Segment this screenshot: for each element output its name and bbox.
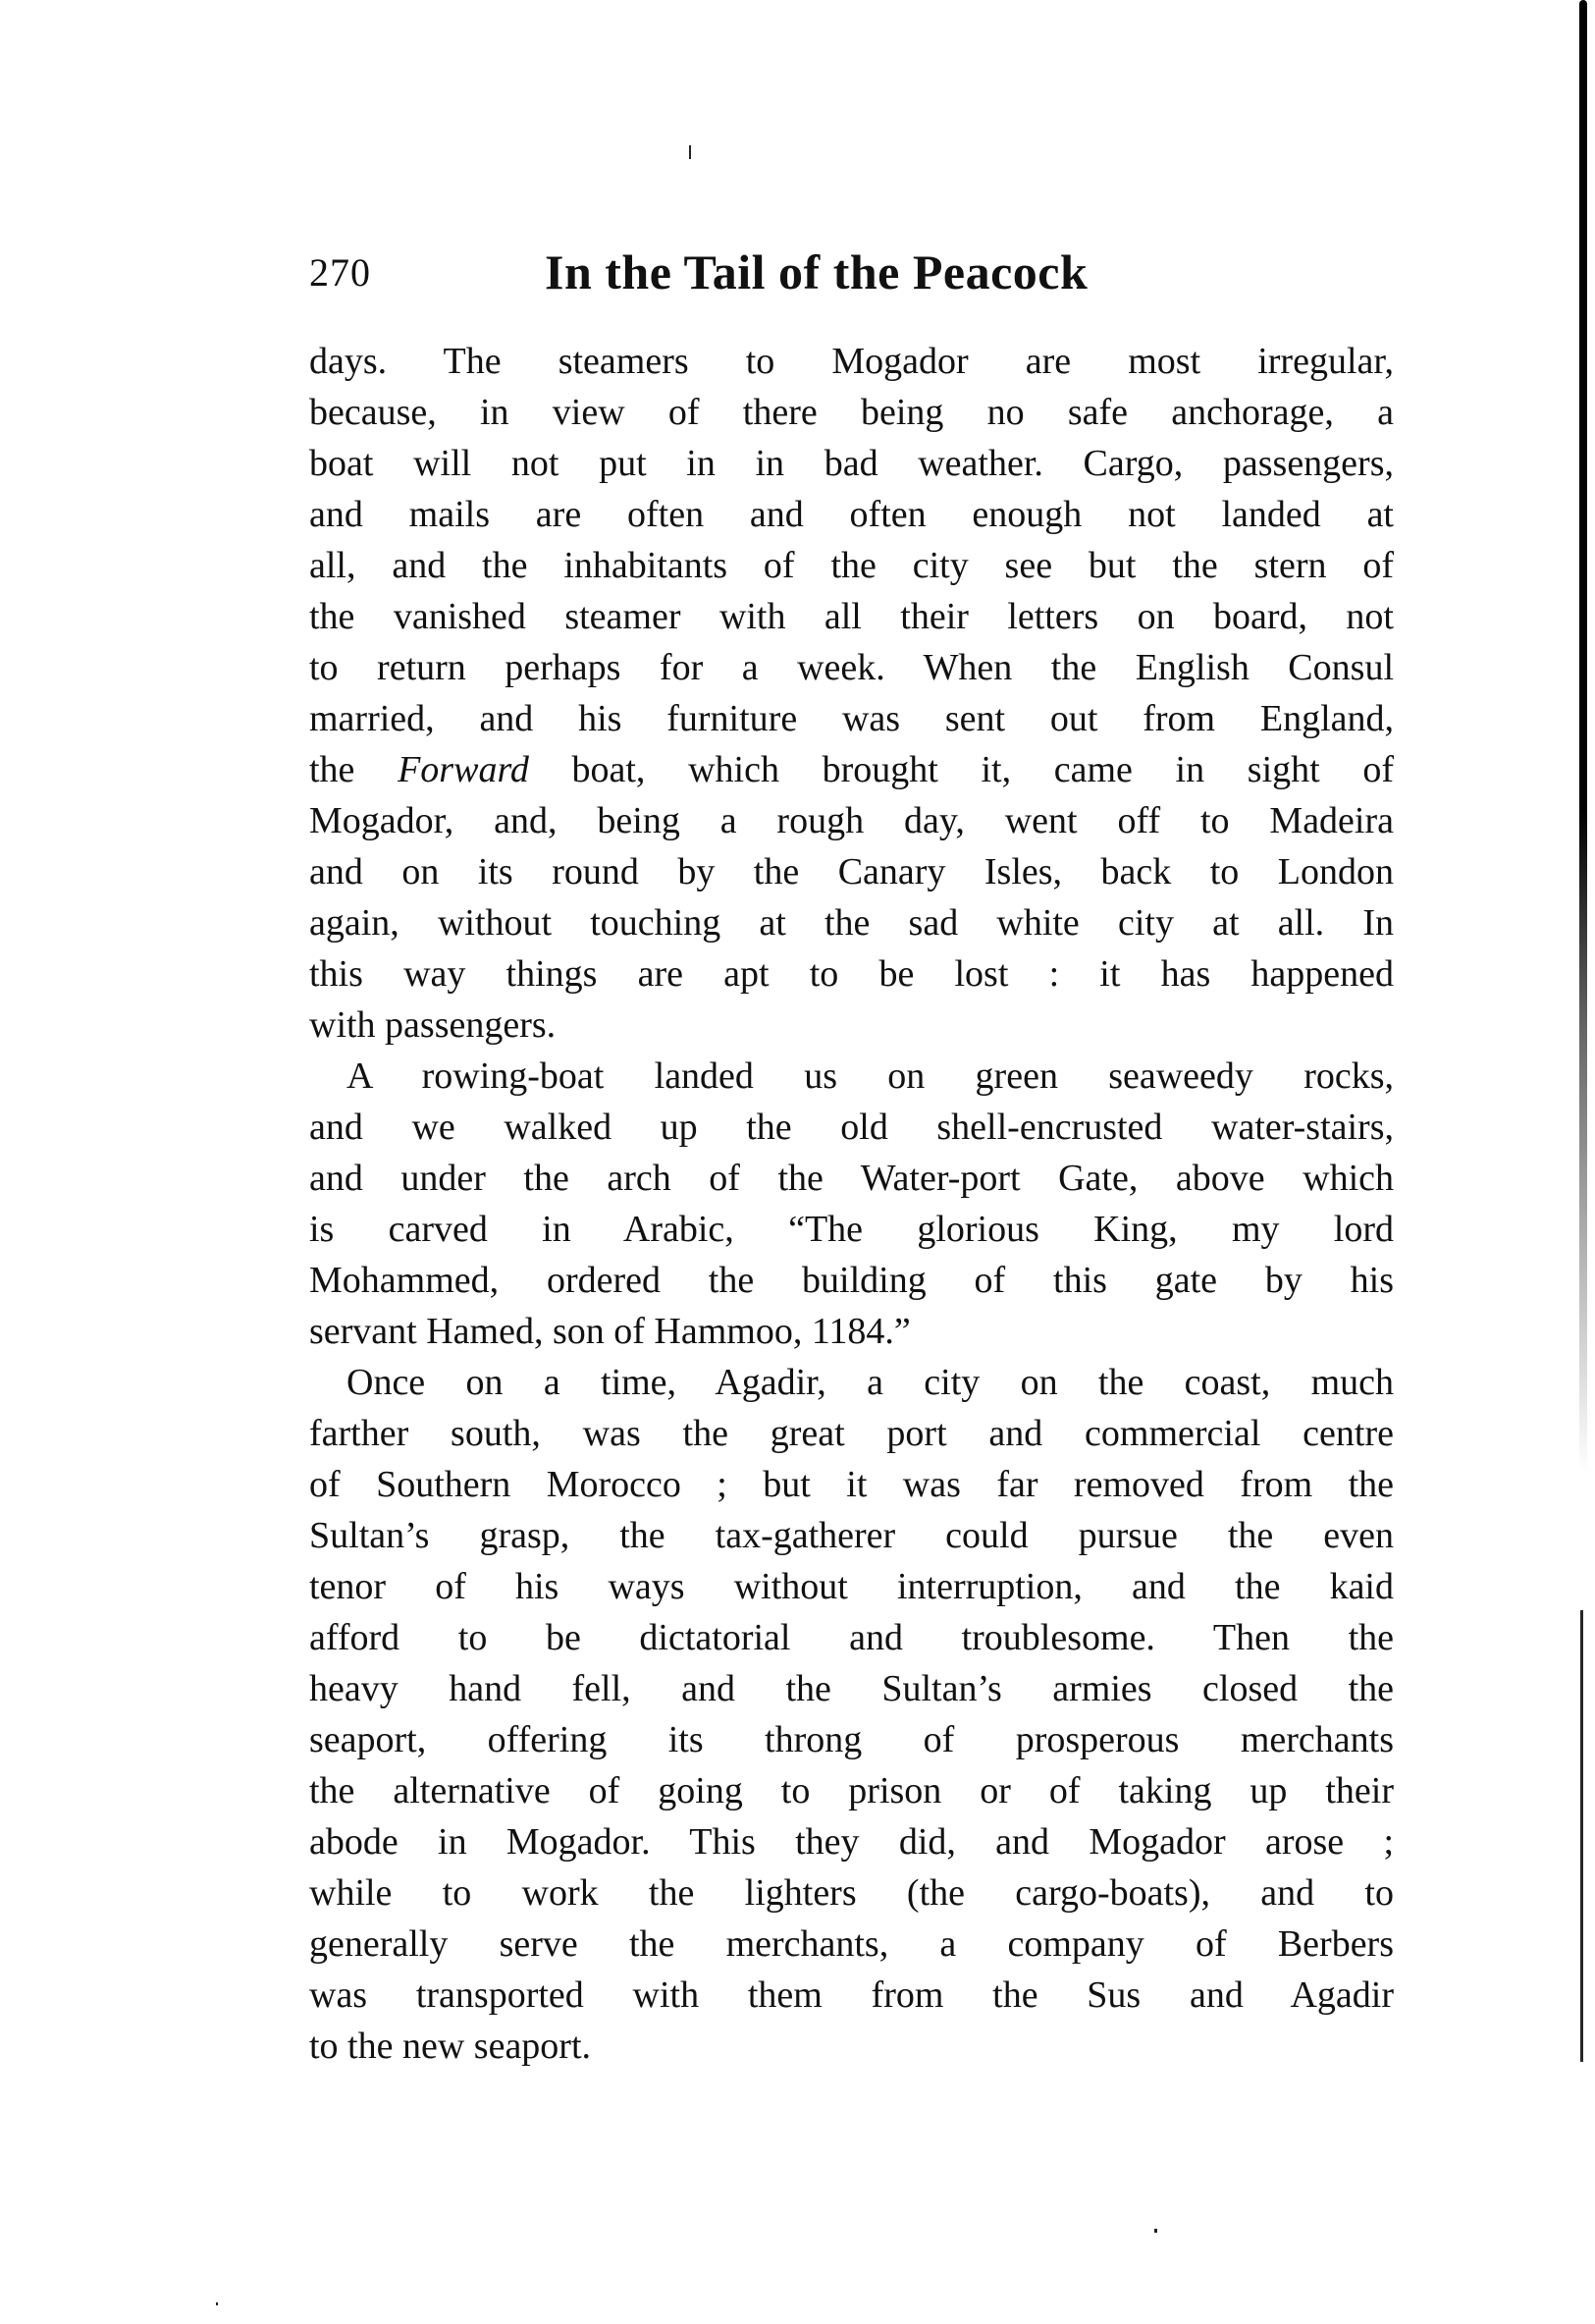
text-line: with passengers. — [309, 1000, 1394, 1051]
running-title: In the Tail of the Peacock — [545, 243, 1088, 300]
text-line: and mails are often and often enough not… — [309, 489, 1394, 540]
paragraph: A rowing-boat landed us on green seaweed… — [309, 1051, 1394, 1357]
text-line: again, without touching at the sad white… — [309, 897, 1394, 948]
body-text: days. The steamers to Mogador are most i… — [309, 336, 1394, 2072]
text-line: boat will not put in in bad weather. Car… — [309, 438, 1394, 489]
text-line: seaport, offering its throng of prospero… — [309, 1714, 1394, 1765]
text-line: A rowing-boat landed us on green seaweed… — [309, 1051, 1394, 1102]
paragraph: Once on a time, Agadir, a city on the co… — [309, 1357, 1394, 2072]
text-line: Mohammed, ordered the building of this g… — [309, 1255, 1394, 1306]
text-line: this way things are apt to be lost : it … — [309, 948, 1394, 1000]
italic-term: Forward — [398, 749, 529, 790]
text-line: Sultan’s grasp, the tax-gatherer could p… — [309, 1510, 1394, 1561]
text-line: because, in view of there being no safe … — [309, 387, 1394, 438]
text-line: afford to be dictatorial and troublesome… — [309, 1612, 1394, 1663]
text-line: generally serve the merchants, a company… — [309, 1919, 1394, 1970]
paragraph: days. The steamers to Mogador are most i… — [309, 336, 1394, 1051]
scan-speck — [1154, 2229, 1157, 2233]
text-line: is carved in Arabic, “The glorious King,… — [309, 1204, 1394, 1255]
text-line: while to work the lighters (the cargo-bo… — [309, 1867, 1394, 1919]
text-line: was transported with them from the Sus a… — [309, 1970, 1394, 2021]
text-line: tenor of his ways without interruption, … — [309, 1561, 1394, 1612]
text-line: Mogador, and, being a rough day, went of… — [309, 795, 1394, 846]
text-line: the vanished steamer with all their lett… — [309, 591, 1394, 642]
text-line: Once on a time, Agadir, a city on the co… — [309, 1357, 1394, 1408]
text-line: and on its round by the Canary Isles, ba… — [309, 846, 1394, 897]
running-header: 270 In the Tail of the Peacock — [309, 243, 1394, 302]
page-edge-shadow-lower — [1580, 1610, 1583, 2062]
text-line: of Southern Morocco ; but it was far rem… — [309, 1459, 1394, 1510]
page-number: 270 — [309, 249, 371, 296]
text-line: to return perhaps for a week. When the E… — [309, 642, 1394, 693]
text-line: servant Hamed, son of Hammoo, 1184.” — [309, 1306, 1394, 1357]
text-line: and we walked up the old shell-encrusted… — [309, 1102, 1394, 1153]
text-line: and under the arch of the Water-port Gat… — [309, 1153, 1394, 1204]
text-line: the Forward boat, which brought it, came… — [309, 744, 1394, 795]
text-line: days. The steamers to Mogador are most i… — [309, 336, 1394, 387]
text-line: heavy hand fell, and the Sultan’s armies… — [309, 1663, 1394, 1714]
text-line: farther south, was the great port and co… — [309, 1408, 1394, 1459]
text-line: married, and his furniture was sent out … — [309, 693, 1394, 744]
text-line: all, and the inhabitants of the city see… — [309, 540, 1394, 591]
page-edge-shadow — [1579, 0, 1587, 1473]
scan-speck — [689, 145, 691, 159]
text-line: to the new seaport. — [309, 2021, 1394, 2072]
text-line: the alternative of going to prison or of… — [309, 1765, 1394, 1816]
scan-speck — [216, 2302, 218, 2305]
text-line: abode in Mogador. This they did, and Mog… — [309, 1816, 1394, 1867]
